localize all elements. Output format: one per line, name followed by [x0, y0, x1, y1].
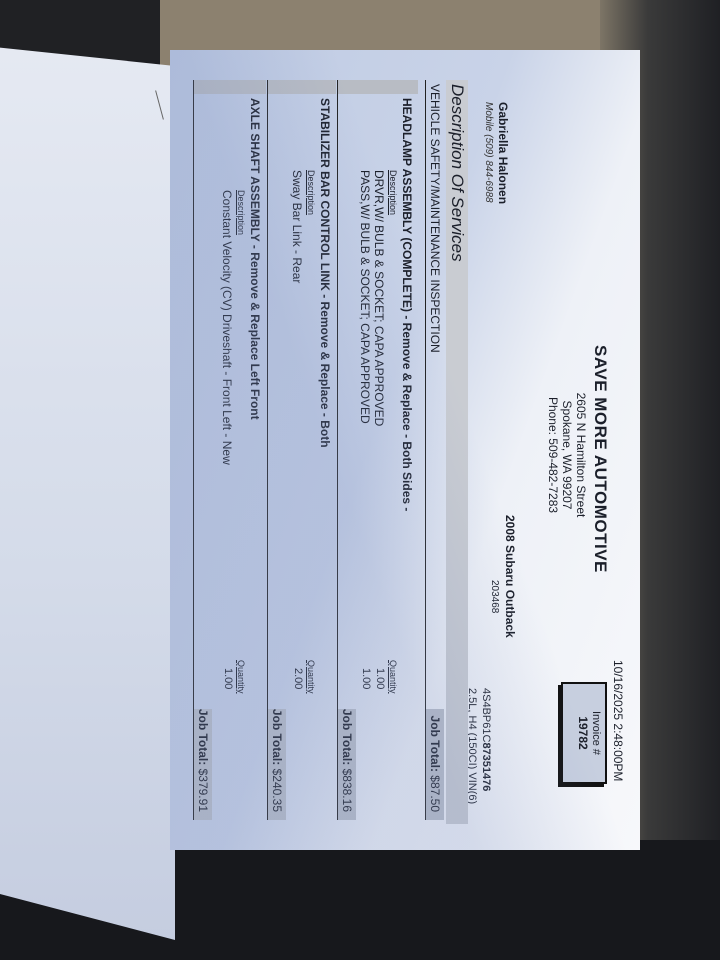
- line-quantity: 1.00: [360, 668, 372, 689]
- shop-phone: Phone: 509-482-7283: [546, 345, 560, 565]
- line-quantity: 1.00: [222, 668, 234, 689]
- invoice-number: 19782: [576, 684, 590, 782]
- shop-name: SAVE MORE AUTOMOTIVE: [590, 345, 610, 573]
- vehicle-description: 2008 Subaru Outback: [503, 515, 517, 638]
- quantity-label: Quantity: [236, 660, 246, 694]
- line-description: Constant Velocity (CV) Driveshaft - Fron…: [220, 190, 234, 465]
- invoice-document: SAVE MORE AUTOMOTIVE 2605 N Hamilton Str…: [170, 50, 640, 850]
- description-label: Description: [236, 190, 246, 235]
- vin-prefix: 4S4BP61C: [480, 688, 492, 742]
- job-total: Job Total: $838.16: [340, 709, 354, 812]
- quantity-label: Quantity: [388, 660, 398, 694]
- job-title: HEADLAMP ASSEMBLY (COMPLETE) - Remove & …: [400, 98, 414, 511]
- shop-street: 2605 N Hamilton Street: [574, 345, 588, 565]
- job-row: STABILIZER BAR CONTROL LINK - Remove & R…: [268, 80, 336, 820]
- line-quantity: 1.00: [374, 668, 386, 689]
- invoice-datetime: 10/16/2025 2:48:00PM: [611, 660, 625, 781]
- line-description: Sway Bar Link - Rear: [290, 170, 304, 283]
- customer-mobile: Mobile (509) 844-6988: [483, 102, 494, 203]
- job-title: VEHICLE SAFETY/MAINTENANCE INSPECTION: [426, 84, 444, 353]
- vehicle-odometer: 203468: [489, 580, 500, 613]
- job-row: HEADLAMP ASSEMBLY (COMPLETE) - Remove & …: [338, 80, 418, 820]
- line-description: DRVR,W/ BULB & SOCKET; CAPA APPROVED: [372, 170, 386, 426]
- job-row: VEHICLE SAFETY/MAINTENANCE INSPECTION Jo…: [425, 80, 444, 820]
- invoice-number-box: Invoice # 19782: [561, 682, 607, 784]
- job-title: AXLE SHAFT ASSEMBLY - Remove & Replace L…: [248, 98, 262, 420]
- job-row: AXLE SHAFT ASSEMBLY - Remove & Replace L…: [194, 80, 266, 820]
- description-label: Description: [306, 170, 316, 215]
- line-quantity: 2.00: [292, 668, 304, 689]
- job-total: Job Total: $87.50: [426, 716, 444, 812]
- description-label: Description: [388, 170, 398, 215]
- customer-name: Gabriella Halonen: [496, 102, 510, 204]
- paper-flap: [0, 20, 175, 940]
- vin-suffix: 87351476: [480, 742, 492, 791]
- invoice-label: Invoice #: [590, 684, 602, 782]
- line-description: PASS,W/ BULB & SOCKET; CAPA APPROVED: [358, 170, 372, 424]
- shop-city: Spokane, WA 99207: [560, 345, 574, 565]
- section-title: Description Of Services: [446, 80, 468, 824]
- job-title: STABILIZER BAR CONTROL LINK - Remove & R…: [318, 98, 332, 448]
- job-total: Job Total: $379.91: [196, 709, 210, 812]
- job-total: Job Total: $240.35: [270, 709, 284, 812]
- quantity-label: Quantity: [306, 660, 316, 694]
- vehicle-vin: 4S4BP61C87351476: [480, 688, 492, 791]
